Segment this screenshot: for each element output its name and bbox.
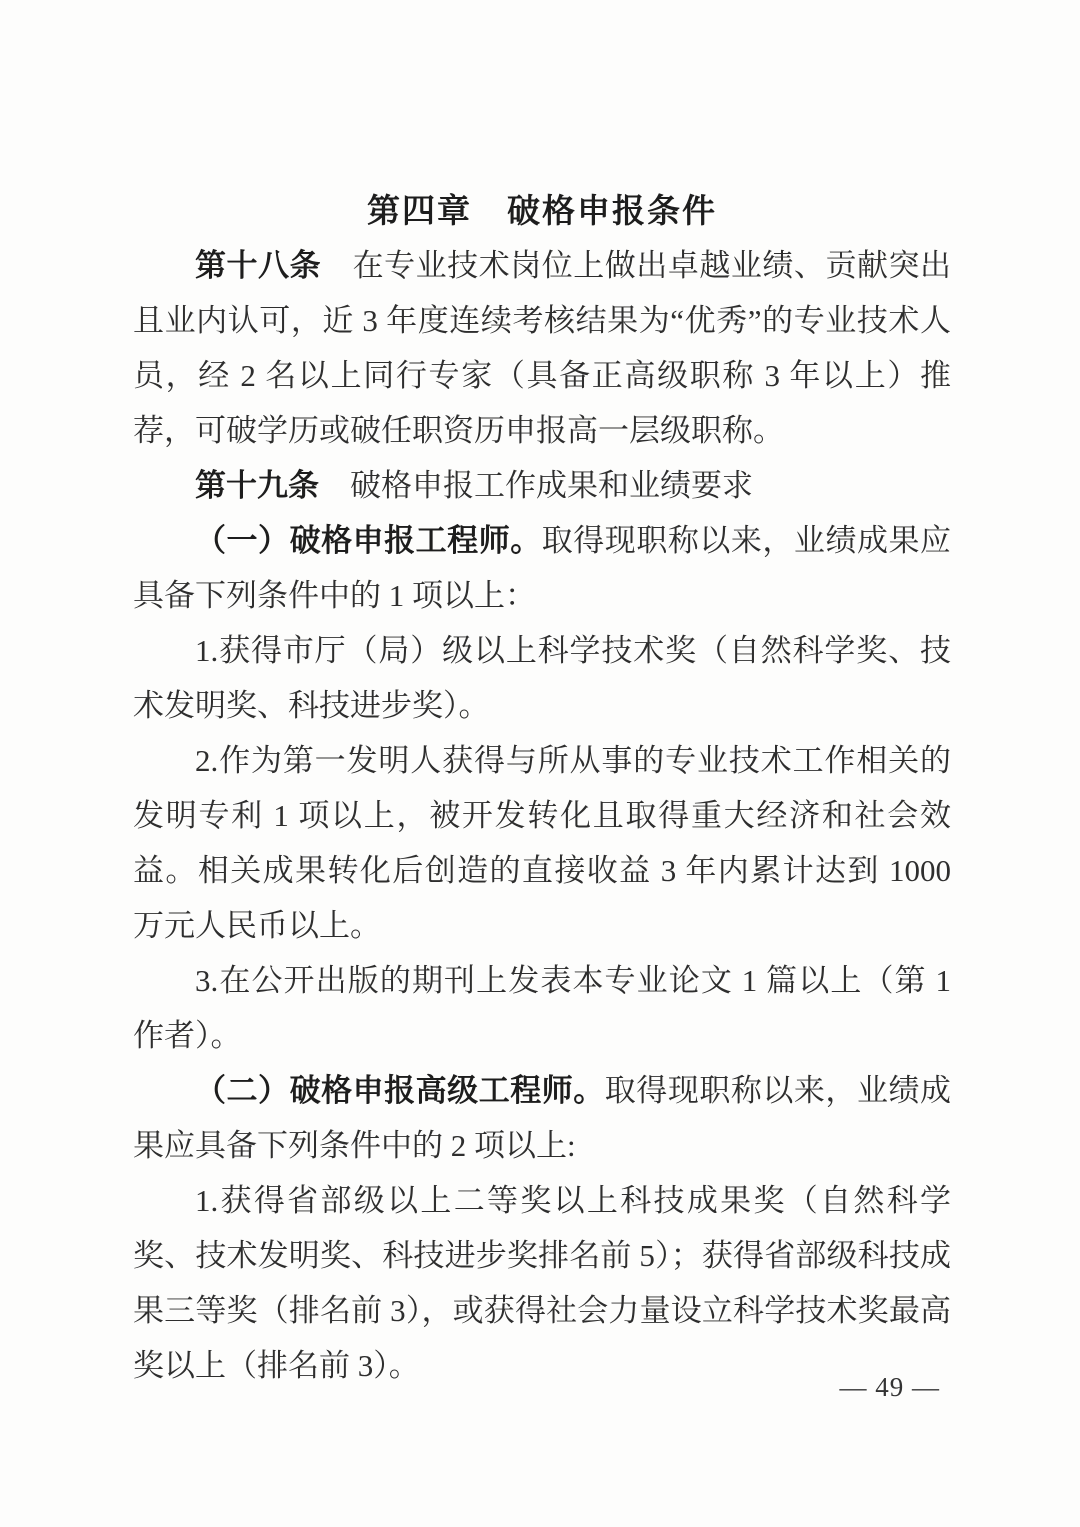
article-18-label: 第十八条 [195,248,321,283]
clause-2-senior-engineer-label: （二）破格申报高级工程师。 [195,1073,605,1108]
article-19-text: 破格申报工作成果和业绩要求 [319,468,753,503]
item-1-2-text: 2.作为第一发明人获得与所从事的专业技术工作相关的发明专利 1 项以上，被开发转… [133,743,951,943]
page-number: — 49 — [840,1372,941,1402]
item-2-1-paragraph: 1.获得省部级以上二等奖以上科技成果奖（自然科学奖、技术发明奖、科技进步奖排名前… [133,1173,951,1393]
document-page: 第四章 破格申报条件 第十八条 在专业技术岗位上做出卓越业绩、贡献突出且业内认可… [0,0,1080,1527]
item-1-3-text: 3.在公开出版的期刊上发表本专业论文 1 篇以上（第 1 作者）。 [133,963,951,1053]
item-1-3-paragraph: 3.在公开出版的期刊上发表本专业论文 1 篇以上（第 1 作者）。 [133,953,951,1063]
item-1-2-paragraph: 2.作为第一发明人获得与所从事的专业技术工作相关的发明专利 1 项以上，被开发转… [133,733,951,953]
article-18-paragraph: 第十八条 在专业技术岗位上做出卓越业绩、贡献突出且业内认可，近 3 年度连续考核… [133,238,951,458]
document-content: 第四章 破格申报条件 第十八条 在专业技术岗位上做出卓越业绩、贡献突出且业内认可… [133,183,951,1393]
chapter-heading: 第四章 破格申报条件 [133,183,951,238]
item-1-1-paragraph: 1.获得市厅（局）级以上科学技术奖（自然科学奖、技术发明奖、科技进步奖）。 [133,623,951,733]
page-footer: — 49 — [840,1370,941,1404]
clause-2-senior-engineer-paragraph: （二）破格申报高级工程师。取得现职称以来，业绩成果应具备下列条件中的 2 项以上… [133,1063,951,1173]
article-19-paragraph: 第十九条 破格申报工作成果和业绩要求 [133,458,951,513]
clause-1-engineer-paragraph: （一）破格申报工程师。取得现职称以来，业绩成果应具备下列条件中的 1 项以上： [133,513,951,623]
clause-1-engineer-label: （一）破格申报工程师。 [195,523,542,558]
item-2-1-text: 1.获得省部级以上二等奖以上科技成果奖（自然科学奖、技术发明奖、科技进步奖排名前… [133,1183,951,1383]
item-1-1-text: 1.获得市厅（局）级以上科学技术奖（自然科学奖、技术发明奖、科技进步奖）。 [133,633,951,723]
article-19-label: 第十九条 [195,468,319,503]
